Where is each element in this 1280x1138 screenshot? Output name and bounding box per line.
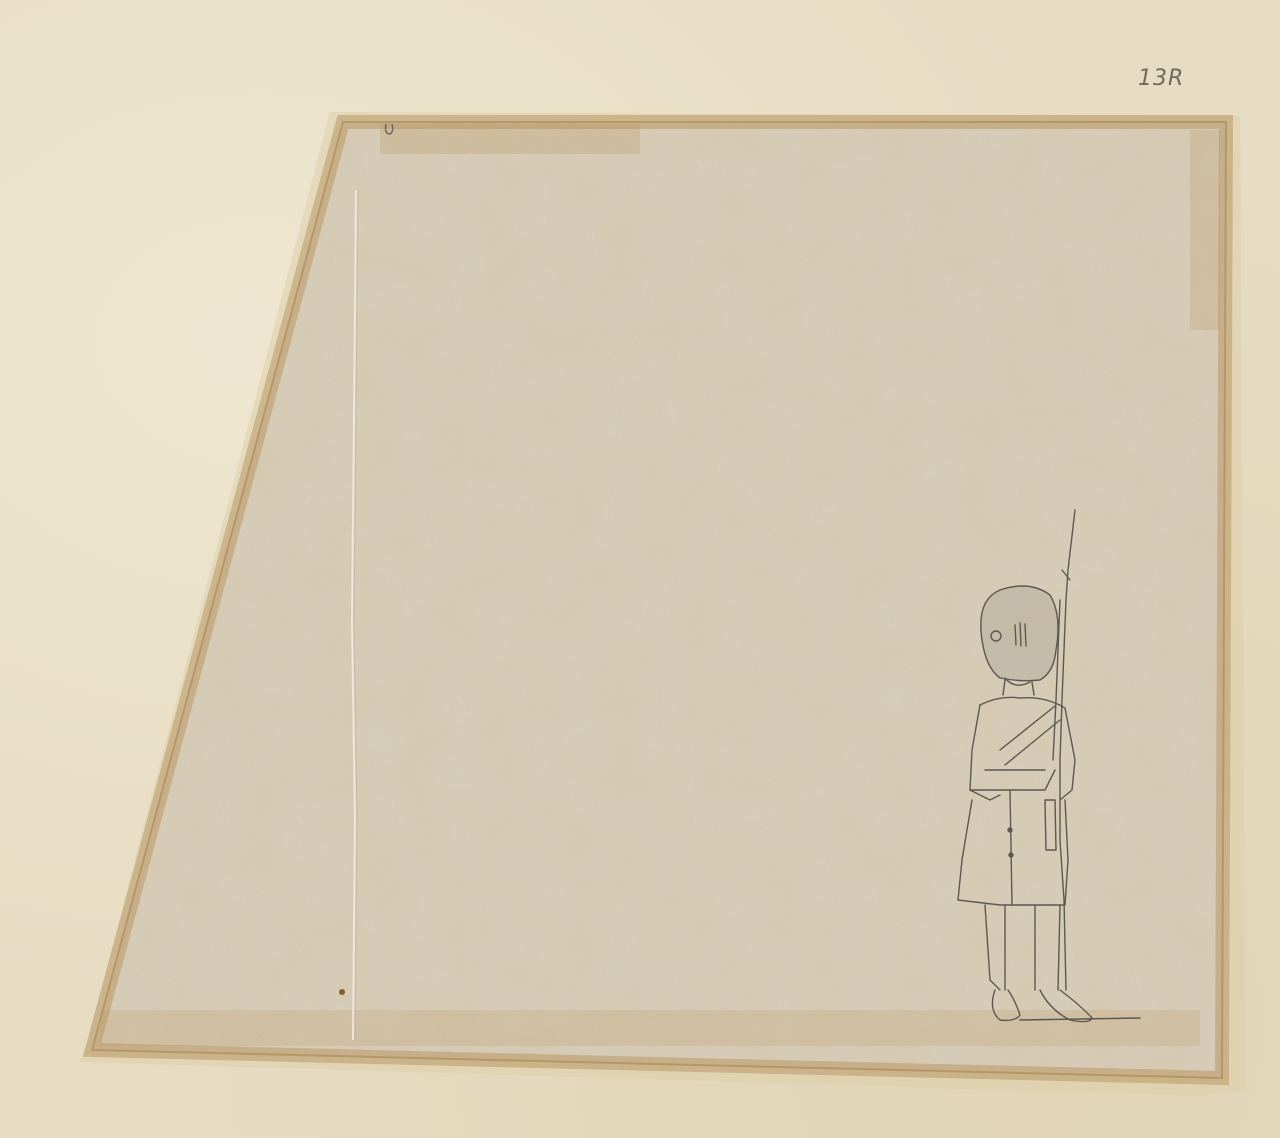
mounted-sketch xyxy=(0,0,1280,1138)
album-page: 13R xyxy=(0,0,1280,1138)
folio-number: 13R xyxy=(1138,66,1184,91)
